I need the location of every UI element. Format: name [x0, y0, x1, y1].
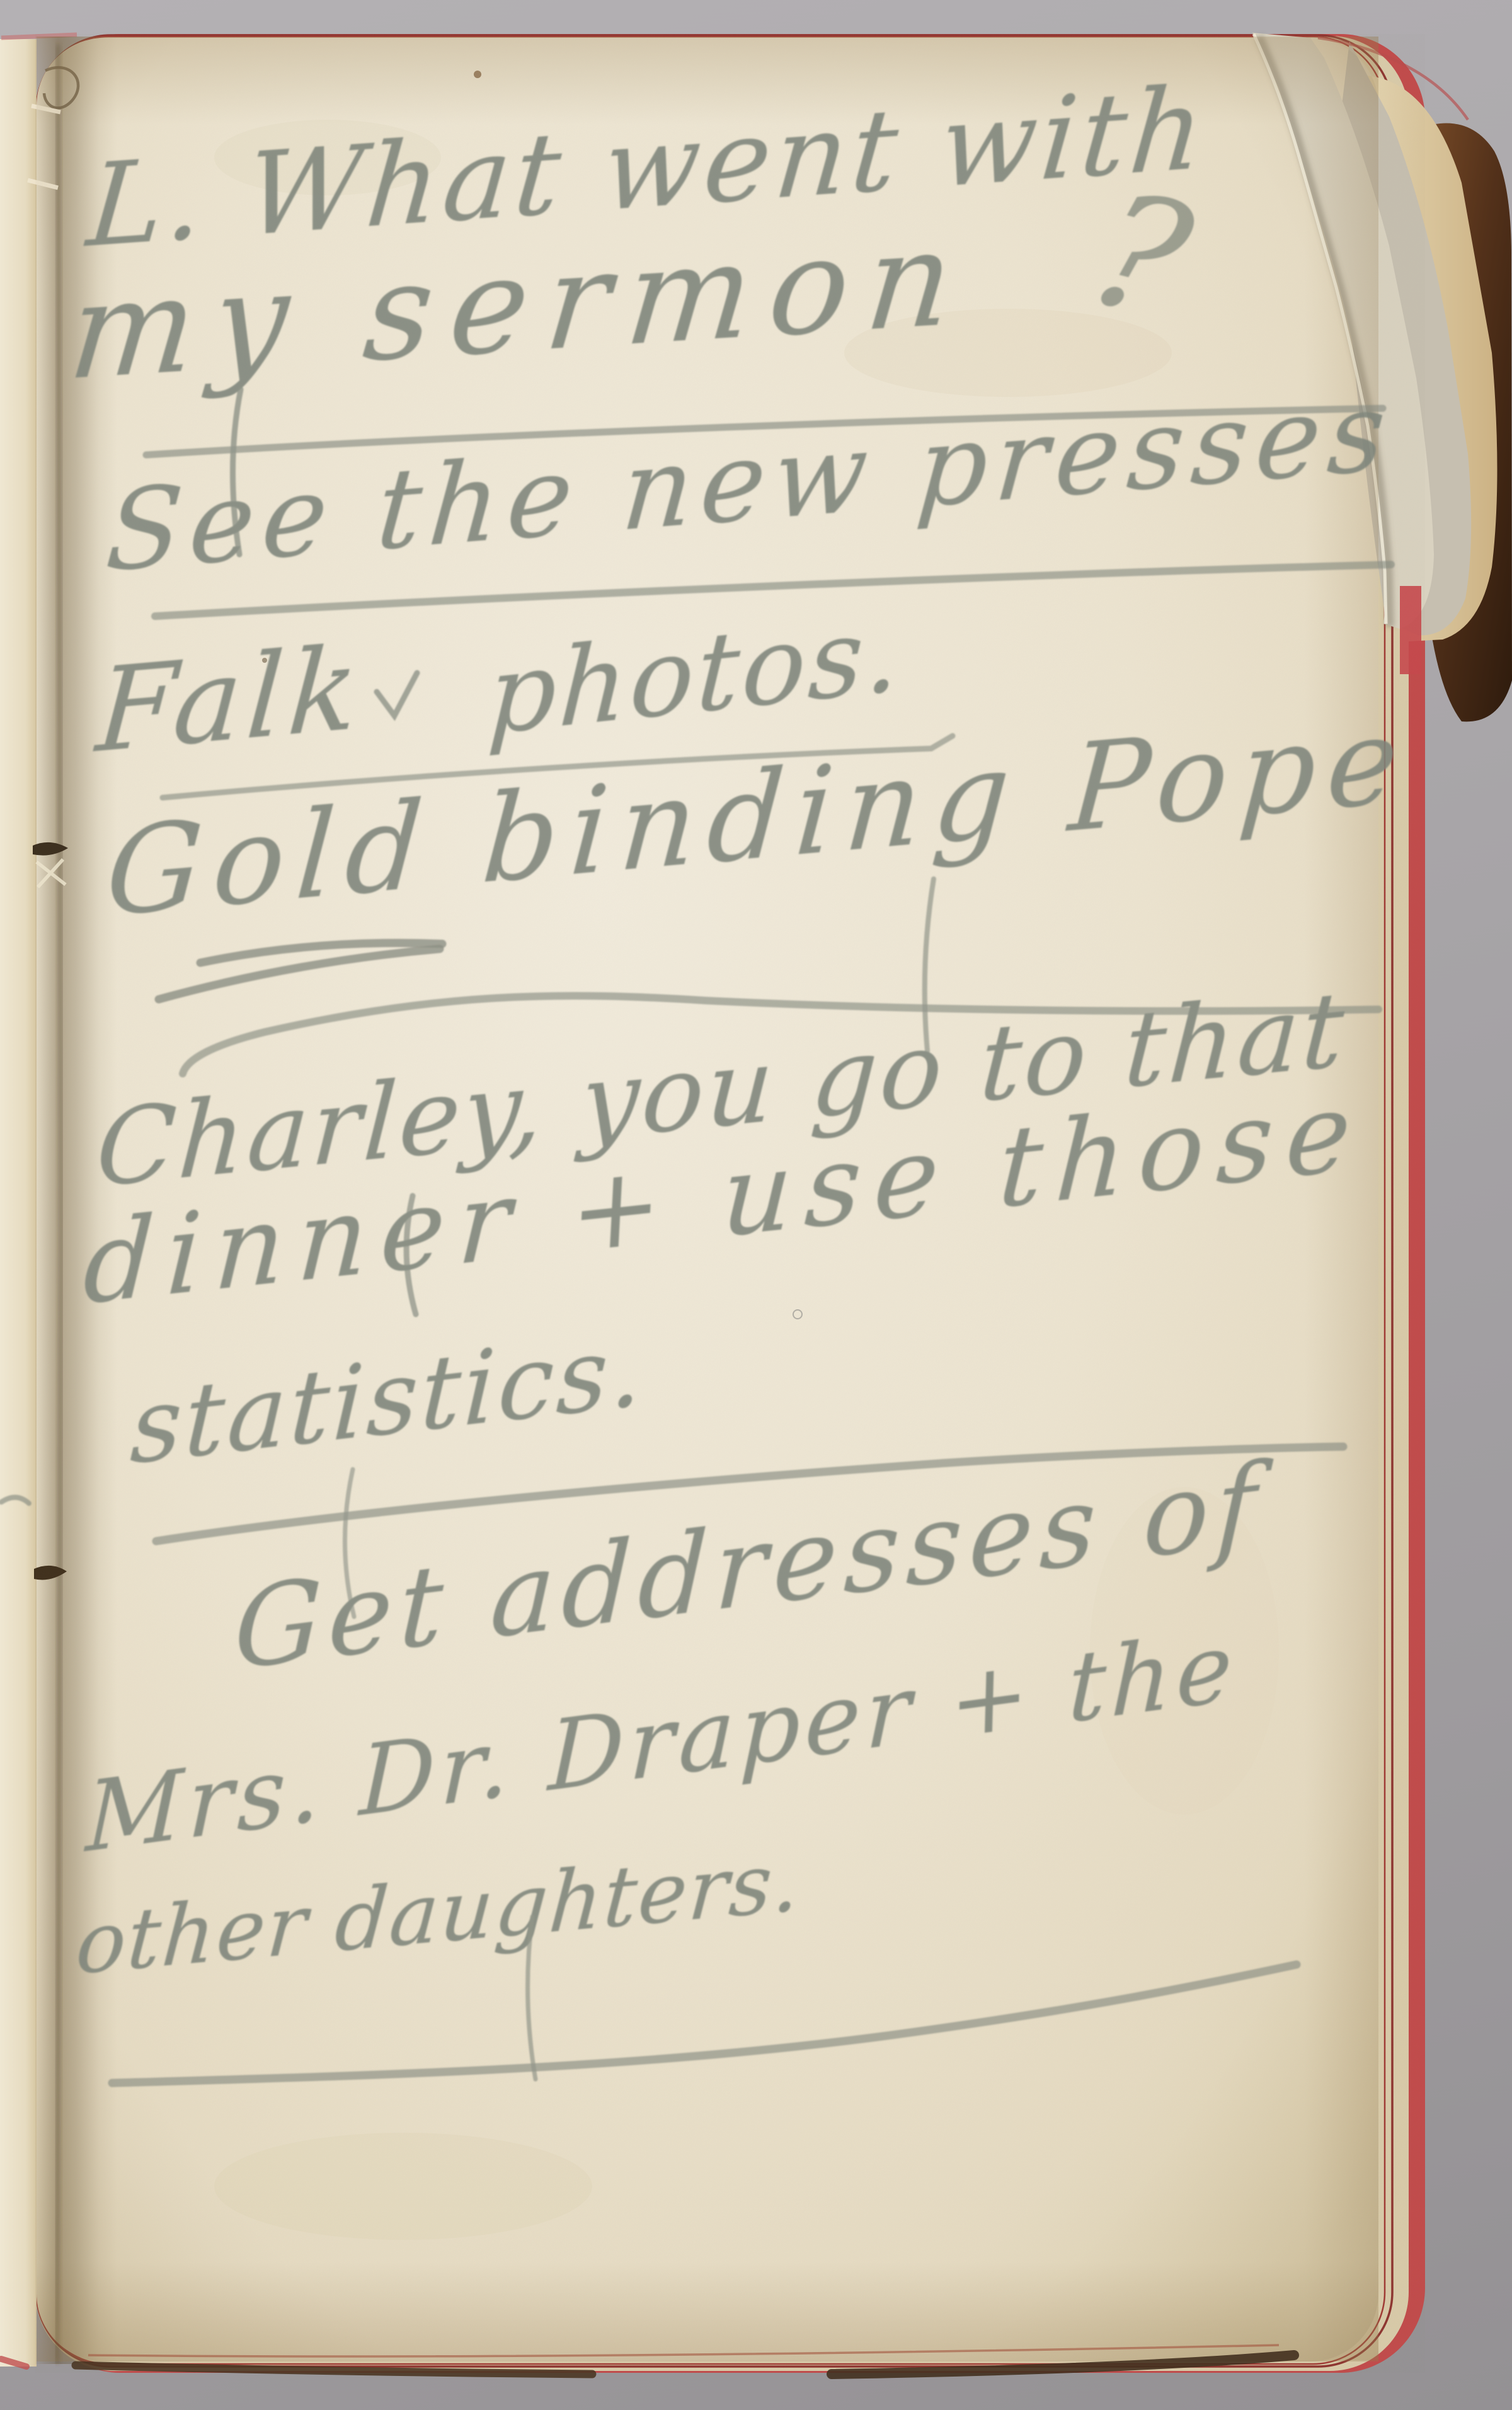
notebook: L. What went with my sermon ? See the ne… [0, 33, 1512, 2374]
notebook-photo: L. What went with my sermon ? See the ne… [0, 0, 1512, 2410]
paper-grain [35, 34, 1425, 2373]
facing-page-edge [0, 39, 37, 2367]
